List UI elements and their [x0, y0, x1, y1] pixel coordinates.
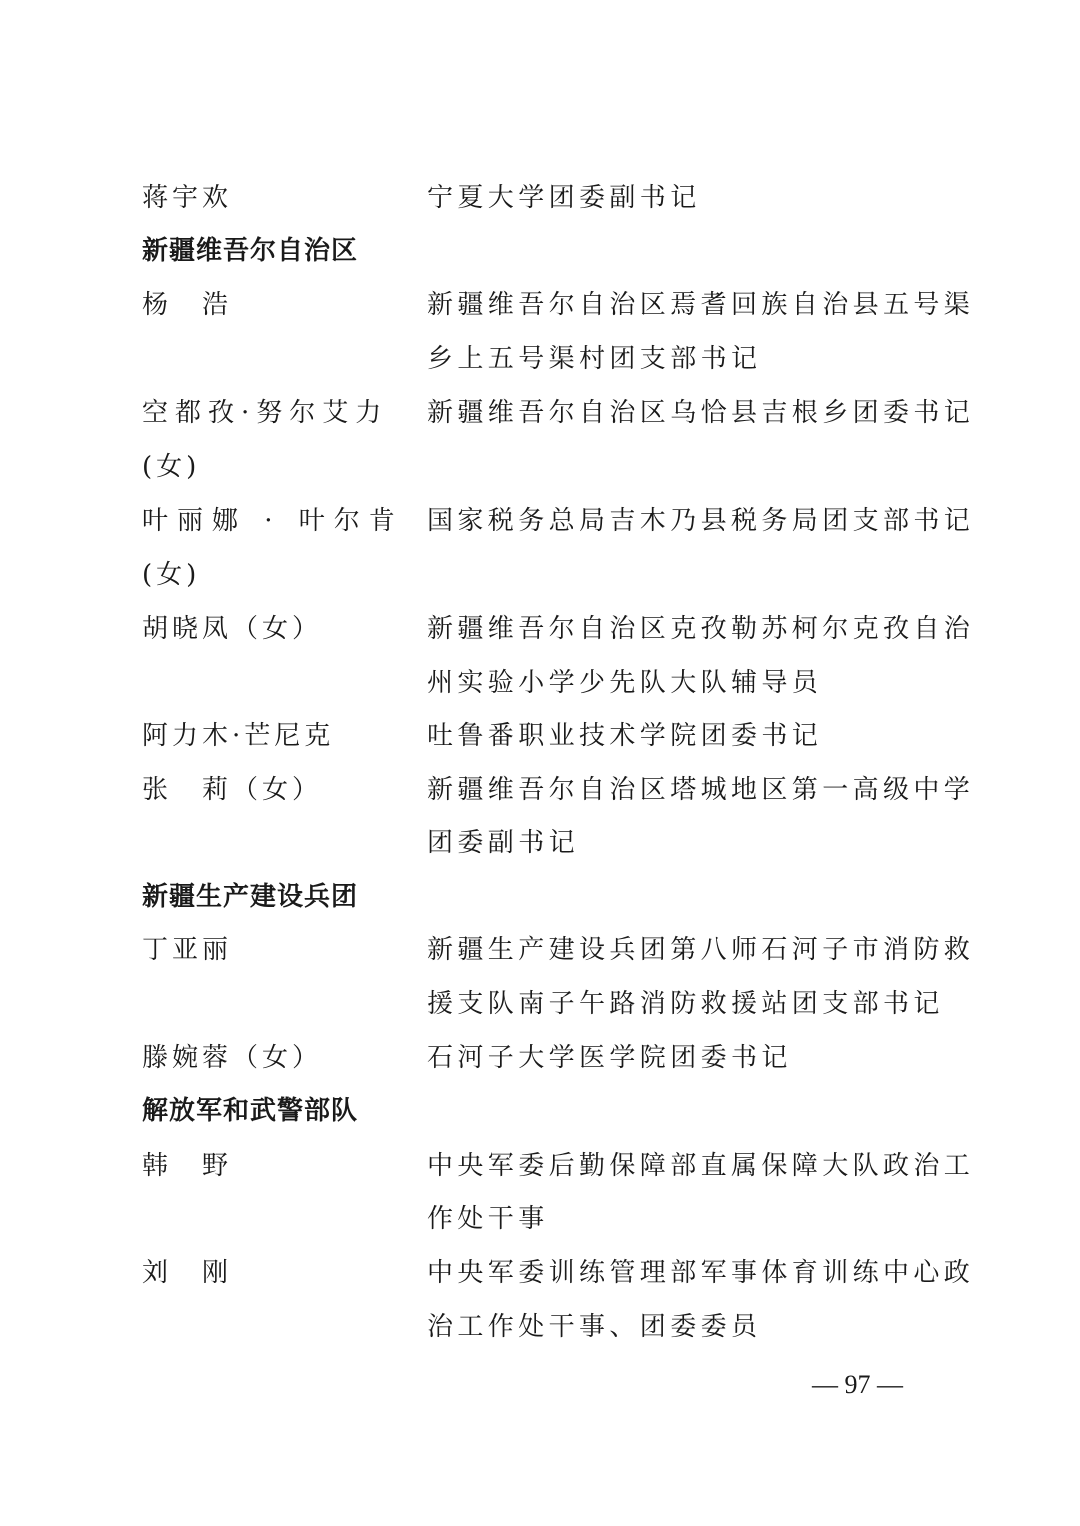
- person-name: 滕婉蓉（女）: [142, 1031, 412, 1085]
- section-heading-pla: 解放军和武警部队: [142, 1084, 358, 1138]
- person-position-cont: 作处干事: [427, 1192, 942, 1246]
- person-name: 空都孜·努尔艾力: [142, 386, 412, 440]
- person-position-cont: 治工作处干事、团委委员: [427, 1300, 942, 1354]
- person-name: 丁亚丽: [142, 923, 412, 977]
- person-position-cont: 团委副书记: [427, 816, 942, 870]
- person-name: 杨 浩: [142, 278, 412, 332]
- person-position: 中央军委训练管理部军事体育训练中心政: [427, 1246, 942, 1300]
- person-position: 中央军委后勤保障部直属保障大队政治工: [427, 1139, 942, 1193]
- person-position-cont: 援支队南子午路消防救援站团支部书记: [427, 977, 942, 1031]
- document-page: 蒋宇欢 宁夏大学团委副书记 新疆维吾尔自治区 杨 浩 新疆维吾尔自治区焉耆回族自…: [0, 0, 1080, 1526]
- person-position: 石河子大学医学院团委书记: [427, 1031, 942, 1085]
- person-position: 新疆维吾尔自治区塔城地区第一高级中学: [427, 763, 942, 817]
- person-name: 蒋宇欢: [142, 171, 412, 225]
- section-heading-xinjiang: 新疆维吾尔自治区: [142, 224, 358, 278]
- person-position-cont: 州实验小学少先队大队辅导员: [427, 656, 942, 710]
- person-name: 阿力木·芒尼克: [142, 709, 412, 763]
- person-position: 新疆维吾尔自治区焉耆回族自治县五号渠: [427, 278, 942, 332]
- page-number: — 97 —: [812, 1367, 903, 1403]
- person-position: 宁夏大学团委副书记: [427, 171, 942, 225]
- person-name: 胡晓凤（女）: [142, 602, 412, 656]
- person-position: 新疆维吾尔自治区克孜勒苏柯尔克孜自治: [427, 602, 942, 656]
- person-position: 吐鲁番职业技术学院团委书记: [427, 709, 942, 763]
- person-name: 韩 野: [142, 1139, 412, 1193]
- person-position: 新疆维吾尔自治区乌恰县吉根乡团委书记: [427, 386, 942, 440]
- person-gender: (女): [142, 548, 412, 602]
- section-heading-bingtuan: 新疆生产建设兵团: [142, 870, 358, 924]
- person-position: 新疆生产建设兵团第八师石河子市消防救: [427, 923, 942, 977]
- person-position-cont: 乡上五号渠村团支部书记: [427, 332, 942, 386]
- person-name: 张 莉（女）: [142, 763, 412, 817]
- person-gender: (女): [142, 440, 412, 494]
- person-name: 刘 刚: [142, 1246, 412, 1300]
- person-name: 叶丽娜 · 叶尔肯: [142, 494, 412, 548]
- person-position: 国家税务总局吉木乃县税务局团支部书记: [427, 494, 942, 548]
